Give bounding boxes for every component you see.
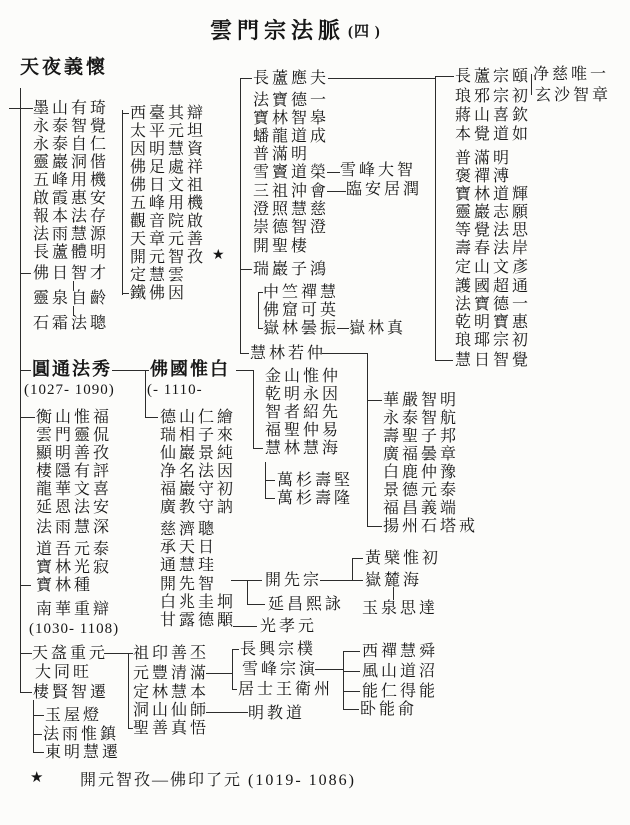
connector-tick xyxy=(247,604,265,605)
connector-tick xyxy=(128,653,133,654)
lineage-name: 棲隱有評 xyxy=(36,463,112,480)
connector-tick xyxy=(253,448,263,449)
connector-bracket xyxy=(247,580,248,604)
connector-tick xyxy=(343,671,360,672)
lineage-name: 白兆圭坰 xyxy=(160,594,236,611)
lineage-name: 萬杉壽堅 xyxy=(277,472,353,489)
connector-line xyxy=(315,669,343,670)
connector-line xyxy=(320,580,352,581)
lineage-name: 本覺道如 xyxy=(455,126,531,143)
lineage-name: 風山道沼 xyxy=(362,663,438,680)
connector-tick xyxy=(240,78,252,79)
lineage-name: 南華重辯 xyxy=(36,601,112,618)
connector-tick xyxy=(352,580,363,581)
connector-bracket xyxy=(253,370,254,449)
lineage-name: 聖善真悟 xyxy=(133,720,209,737)
lineage-name: 臨安居潤 xyxy=(346,181,422,198)
connector-bracket xyxy=(232,649,233,689)
lineage-name: 棲賢智遷 xyxy=(33,684,109,701)
connector-tick xyxy=(20,370,31,371)
lineage-name: 福巖守初 xyxy=(160,481,236,498)
connector-tick xyxy=(265,480,275,481)
lineage-name: 五峰用機 xyxy=(33,172,109,189)
lineage-name: 法雨惟鎮 xyxy=(43,726,119,743)
lineage-name: 瑞相子來 xyxy=(160,427,236,444)
footnote-star: ★ xyxy=(30,770,46,787)
lineage-name: 長興宗樸 xyxy=(240,641,316,658)
connector-tick xyxy=(128,728,133,729)
connector-tick xyxy=(367,400,382,401)
lineage-name: 延恩法安 xyxy=(36,499,112,516)
connector-stub xyxy=(73,306,74,316)
lineage-name: 中竺禪慧 xyxy=(263,284,339,301)
lineage-name: 瑞巖子鴻 xyxy=(253,261,329,278)
lineage-name: 長蘆體明 xyxy=(33,244,109,261)
lineage-name: 慧林若仲 xyxy=(250,345,326,362)
lineage-name: 净名法因 xyxy=(160,463,236,480)
lineage-name: 石霜法聰 xyxy=(33,315,109,332)
connector-tick xyxy=(122,293,129,294)
lineage-name: 長蘆宗頤 xyxy=(455,68,531,85)
connector-dash xyxy=(206,712,248,713)
lineage-name: 西臺其辯 xyxy=(130,105,206,122)
lineage-name: 開先智 xyxy=(160,576,217,593)
lineage-name: 報本法存 xyxy=(33,208,109,225)
lineage-name: 法寶德一 xyxy=(253,92,329,109)
lineage-name: 永泰自仁 xyxy=(33,136,109,153)
lineage-name: 琅邪宗初 xyxy=(455,88,531,105)
lineage-chart-page: 雲門宗法脈 (四 ) 天夜義懷 墨山有琦 永泰智覺 永泰自仁 靈巖洞偕 五峰用機… xyxy=(0,0,630,825)
connector-bracket xyxy=(122,110,123,295)
connector-tick xyxy=(9,108,33,109)
connector-tick xyxy=(122,113,129,114)
lineage-name: 慧日智覺 xyxy=(455,352,531,369)
lineage-name: 天章元善 xyxy=(130,231,206,248)
connector-tick xyxy=(435,76,454,77)
lineage-name: 普滿明 xyxy=(253,146,310,163)
connector-dash xyxy=(233,626,257,627)
connector-tick xyxy=(20,692,32,693)
lineage-name: 景德元泰 xyxy=(383,482,459,499)
connector-spine-left xyxy=(20,88,21,692)
connector-stub xyxy=(393,587,394,600)
lineage-name: 元豐清滿 xyxy=(133,665,209,682)
lineage-name: 蟠龍道成 xyxy=(253,128,329,145)
lineage-name: 佛足處祥 xyxy=(130,159,206,176)
connector-tick xyxy=(20,417,35,418)
connector-dash xyxy=(327,172,340,173)
lineage-name: 開聖棲 xyxy=(253,238,310,255)
lineage-name: 承天日 xyxy=(160,539,217,556)
lineage-name: 西禪慧舜 xyxy=(362,643,438,660)
connector-tick xyxy=(232,689,237,690)
lineage-name: 衡山惟福 xyxy=(36,409,112,426)
lineage-name: 能仁得能 xyxy=(362,683,438,700)
lineage-name: 寶林光寂 xyxy=(36,559,112,576)
lineage-name: 佛窟可英 xyxy=(263,302,339,319)
lineage-name: 乾明永因 xyxy=(265,386,341,403)
lineage-name: 嶽林真 xyxy=(349,320,406,337)
lineage-name: 仙巖景純 xyxy=(160,445,236,462)
lineage-name: 玉屋燈 xyxy=(45,707,102,724)
lineage-name: 定林慧本 xyxy=(133,684,209,701)
connector-tick xyxy=(240,269,252,270)
lineage-name: 三祖沖會 xyxy=(253,183,329,200)
connector-tick xyxy=(33,715,44,716)
lineage-name: 靈巖洞偕 xyxy=(33,154,109,171)
lineage-name: 東明慧遷 xyxy=(45,744,121,761)
lineage-name: 慈濟聰 xyxy=(160,521,217,538)
lineage-name: 明教道 xyxy=(248,705,305,722)
connector-line xyxy=(322,353,368,354)
lineage-name: 卧能俞 xyxy=(360,701,417,718)
lineage-name: 福聖仲易 xyxy=(265,422,341,439)
lineage-name: 靈泉自齡 xyxy=(33,290,109,307)
lineage-name: 永泰智航 xyxy=(383,410,459,427)
lineage-name: 雪竇道榮 xyxy=(253,164,329,181)
lineage-name: 廣教守訥 xyxy=(160,499,236,516)
connector-bracket xyxy=(367,353,368,526)
lineage-name: 智者紹先 xyxy=(265,404,341,421)
lineage-name: 等覺法思 xyxy=(455,222,531,239)
connector-dash xyxy=(327,191,346,192)
lineage-name: 啟霞惠安 xyxy=(33,190,109,207)
lineage-name: 寶林種 xyxy=(36,577,93,594)
lineage-name: 延昌熙詠 xyxy=(268,596,344,613)
connector-spine-mid xyxy=(240,78,241,353)
connector-tick xyxy=(265,498,275,499)
lineage-name: 華嚴智明 xyxy=(383,392,459,409)
connector-tick xyxy=(20,585,31,586)
lineage-name: 光孝元 xyxy=(260,618,317,635)
lineage-name: 德山仁繪 xyxy=(160,409,236,426)
lineage-name: 佛日文祖 xyxy=(130,177,206,194)
lineage-name: 通慧珪 xyxy=(160,557,217,574)
lineage-name: 法寶德一 xyxy=(455,296,531,313)
lineage-name: 祖印善丕 xyxy=(133,645,209,662)
lineage-name: 雲門靈侃 xyxy=(36,427,112,444)
lineage-name: 甘露德顒 xyxy=(160,612,236,629)
connector-bracket xyxy=(128,653,129,729)
lineage-name: 寶林智皋 xyxy=(253,110,329,127)
lineage-name: 揚州石塔戒 xyxy=(383,518,478,535)
lineage-name: 定慧雲 xyxy=(130,267,187,284)
lineage-name: 玉泉思達 xyxy=(362,600,438,617)
connector-bracket xyxy=(435,76,436,360)
lineage-name: 萬杉壽隆 xyxy=(277,490,353,507)
life-dates: (- 1110- xyxy=(147,382,203,398)
lineage-name: 白鹿仲豫 xyxy=(383,464,459,481)
lineage-name: 蔣山喜欽 xyxy=(455,107,531,124)
page-title: 雲門宗法脈 xyxy=(210,14,345,45)
connector-tick xyxy=(435,360,453,361)
connector-bracket xyxy=(145,371,146,417)
root-master-name: 天夜義懷 xyxy=(20,58,108,78)
lineage-name: 護國超通 xyxy=(455,278,531,295)
lineage-name: 佛日智才 xyxy=(33,265,109,282)
lineage-name: 道吾元泰 xyxy=(36,541,112,558)
lineage-name: 墨山有琦 xyxy=(33,100,109,117)
connector-tick xyxy=(33,752,44,753)
lineage-name: 鐵佛因 xyxy=(130,285,187,302)
connector-tick xyxy=(145,417,158,418)
connector-tick xyxy=(240,353,249,354)
lineage-name: 長蘆應夫 xyxy=(253,70,329,87)
lineage-name: 顯明善孜 xyxy=(36,445,112,462)
lineage-name: 福昌義端 xyxy=(383,500,459,517)
lineage-name: 居士王衛州 xyxy=(238,681,333,698)
lineage-name: 太平元坦 xyxy=(130,123,206,140)
lineage-name: 壽聖子邦 xyxy=(383,428,459,445)
connector-line xyxy=(236,370,253,371)
connector-tick xyxy=(258,328,263,329)
lineage-name: 定山文彥 xyxy=(455,259,531,276)
lineage-name: 因明慧資 xyxy=(130,141,206,158)
lineage-name: 法雨慧深 xyxy=(36,519,112,536)
connector-bracket xyxy=(33,700,34,752)
connector-tick xyxy=(20,273,31,274)
lineage-name: 洞山仙師 xyxy=(133,702,209,719)
lineage-name: 天盋重元 xyxy=(32,645,108,662)
connector-line xyxy=(112,370,149,371)
lineage-name: 雪峰宗演 xyxy=(242,661,318,678)
connector-bracket xyxy=(531,74,532,95)
lineage-name: 金山惟仲 xyxy=(265,368,341,385)
connector-bracket xyxy=(343,651,344,709)
lineage-name: 净慈唯一 xyxy=(533,66,609,83)
page-title-number: (四 ) xyxy=(348,20,381,41)
lineage-name: 雪峰大智 xyxy=(340,162,416,179)
lineage-name: 大同旺 xyxy=(35,664,92,681)
lineage-name: 黃檗惟初 xyxy=(365,550,441,567)
connector-line xyxy=(206,673,232,674)
lineage-name: 龍華文喜 xyxy=(36,481,112,498)
asterisk-marker: ★ xyxy=(212,247,225,264)
lineage-name: 廣福曇章 xyxy=(383,446,459,463)
connector-tick xyxy=(343,691,360,692)
branch-master-name: 佛國惟白 xyxy=(150,360,230,379)
life-dates: (1027- 1090) xyxy=(24,382,115,398)
lineage-name: 澄照慧慈 xyxy=(253,201,329,218)
connector-tick xyxy=(352,558,363,559)
lineage-name: 普滿明 xyxy=(455,150,512,167)
lineage-name: 琅瑘宗初 xyxy=(455,332,531,349)
connector-tick xyxy=(343,709,359,710)
connector-stub xyxy=(73,281,74,291)
lineage-name: 玄沙智章 xyxy=(535,87,611,104)
connector-bracket xyxy=(258,292,259,328)
lineage-name: 崇德智澄 xyxy=(253,219,329,236)
lineage-name: 壽春法岸 xyxy=(455,240,531,257)
connector-line xyxy=(104,653,128,654)
lineage-name: 法雨慧源 xyxy=(33,226,109,243)
lineage-name: 開元智孜 xyxy=(130,249,206,266)
lineage-name: 永泰智覺 xyxy=(33,118,109,135)
lineage-name: 開先宗 xyxy=(265,572,322,589)
connector-tick xyxy=(20,653,32,654)
lineage-name: 乾明寶惠 xyxy=(455,314,531,331)
connector-tick xyxy=(367,526,382,527)
lineage-name: 寶林道輝 xyxy=(455,186,531,203)
lineage-name: 五峰用機 xyxy=(130,195,206,212)
lineage-name: 靈巖志願 xyxy=(455,204,531,221)
lineage-name: 褒禪溥 xyxy=(455,168,512,185)
life-dates: (1030- 1108) xyxy=(29,621,119,637)
footnote-text: 開元智孜—佛印了元 (1019- 1086) xyxy=(80,772,356,789)
connector-line xyxy=(328,78,435,79)
connector-bracket xyxy=(352,558,353,580)
connector-dash xyxy=(337,328,349,329)
branch-master-name: 圓通法秀 xyxy=(32,360,112,379)
connector-tick xyxy=(343,651,360,652)
connector-tick xyxy=(33,734,42,735)
connector-tick xyxy=(258,292,263,293)
lineage-name: 慧林慧海 xyxy=(265,440,341,457)
lineage-name: 嶽林曇振 xyxy=(263,320,339,337)
lineage-name: 觀音院啟 xyxy=(130,213,206,230)
connector-tick xyxy=(232,649,239,650)
